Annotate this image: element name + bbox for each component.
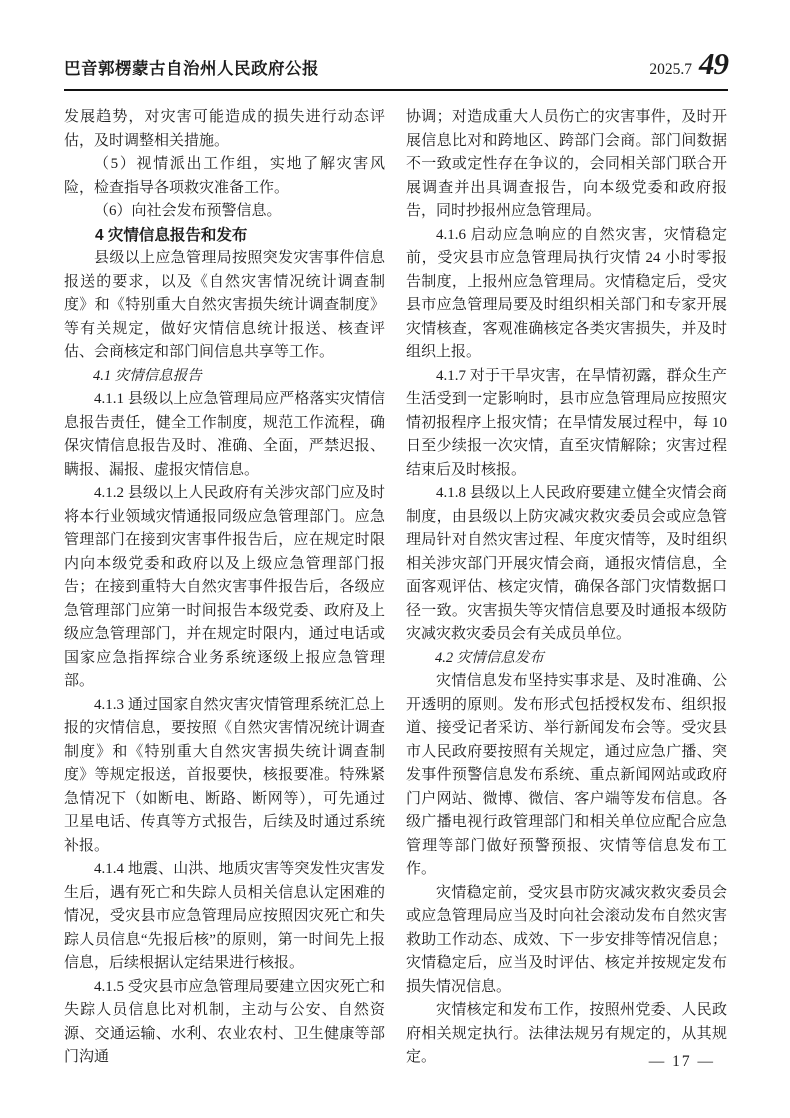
paragraph: 4.1.1 县级以上应急管理局应严格落实灾情信息报告责任，健全工作制度，规范工作… xyxy=(64,388,385,482)
subsection-heading: 4.2 灾情信息发布 xyxy=(406,647,727,671)
document-body: 发展趋势，对灾害可能造成的损失进行动态评估，及时调整相关措施。 （5）视情派出工… xyxy=(64,106,728,1070)
paragraph: 4.1.6 启动应急响应的自然灾害，灾情稳定前，受灾县市应急管理局执行灾情 24… xyxy=(406,224,727,365)
left-column: 发展趋势，对灾害可能造成的损失进行动态评估，及时调整相关措施。 （5）视情派出工… xyxy=(64,106,385,1070)
page-header: 巴音郭楞蒙古自治州人民政府公报 2025.7 49 xyxy=(64,52,728,91)
gazette-page: 巴音郭楞蒙古自治州人民政府公报 2025.7 49 发展趋势，对灾害可能造成的损… xyxy=(0,0,790,1118)
paragraph: 发展趋势，对灾害可能造成的损失进行动态评估，及时调整相关措施。 xyxy=(64,106,385,153)
section-heading: 4 灾情信息报告和发布 xyxy=(64,224,385,248)
paragraph: 4.1.5 受灾县市应急管理局要建立因灾死亡和失踪人员信息比对机制，主动与公安、… xyxy=(64,976,385,1070)
paragraph: （5）视情派出工作组，实地了解灾害风险，检查指导各项救灾准备工作。 xyxy=(64,153,385,200)
paragraph: 灾情稳定前，受灾县市防灾减灾救灾委员会或应急管理局应当及时向社会滚动发布自然灾害… xyxy=(406,882,727,1000)
right-column: 协调；对造成重大人员伤亡的灾害事件，及时开展信息比对和跨地区、跨部门会商。部门间… xyxy=(406,106,727,1070)
issue-date: 2025.7 xyxy=(649,61,692,79)
paragraph: 协调；对造成重大人员伤亡的灾害事件，及时开展信息比对和跨地区、跨部门会商。部门间… xyxy=(406,106,727,224)
paragraph: （6）向社会发布预警信息。 xyxy=(64,200,385,224)
paragraph: 4.1.2 县级以上人民政府有关涉灾部门应及时将本行业领域灾情通报同级应急管理部… xyxy=(64,482,385,694)
paragraph: 县级以上应急管理局按照突发灾害事件信息报送的要求，以及《自然灾害情况统计调查制度… xyxy=(64,247,385,365)
page-number: — 17 — xyxy=(649,1053,715,1071)
paragraph: 4.1.3 通过国家自然灾害灾情管理系统汇总上报的灾情信息，要按照《自然灾害情况… xyxy=(64,694,385,859)
publication-title: 巴音郭楞蒙古自治州人民政府公报 xyxy=(64,55,319,79)
subsection-heading: 4.1 灾情信息报告 xyxy=(64,365,385,389)
paragraph: 4.1.7 对于干旱灾害，在旱情初露，群众生产生活受到一定影响时，县市应急管理局… xyxy=(406,365,727,483)
issue-number: 49 xyxy=(699,52,728,77)
issue-info: 2025.7 49 xyxy=(649,52,728,79)
paragraph: 灾情信息发布坚持实事求是、及时准确、公开透明的原则。发布形式包括授权发布、组织报… xyxy=(406,670,727,882)
paragraph: 4.1.8 县级以上人民政府要建立健全灾情会商制度，由县级以上防灾减灾救灾委员会… xyxy=(406,482,727,647)
paragraph: 4.1.4 地震、山洪、地质灾害等突发性灾害发生后，遇有死亡和失踪人员相关信息认… xyxy=(64,858,385,976)
